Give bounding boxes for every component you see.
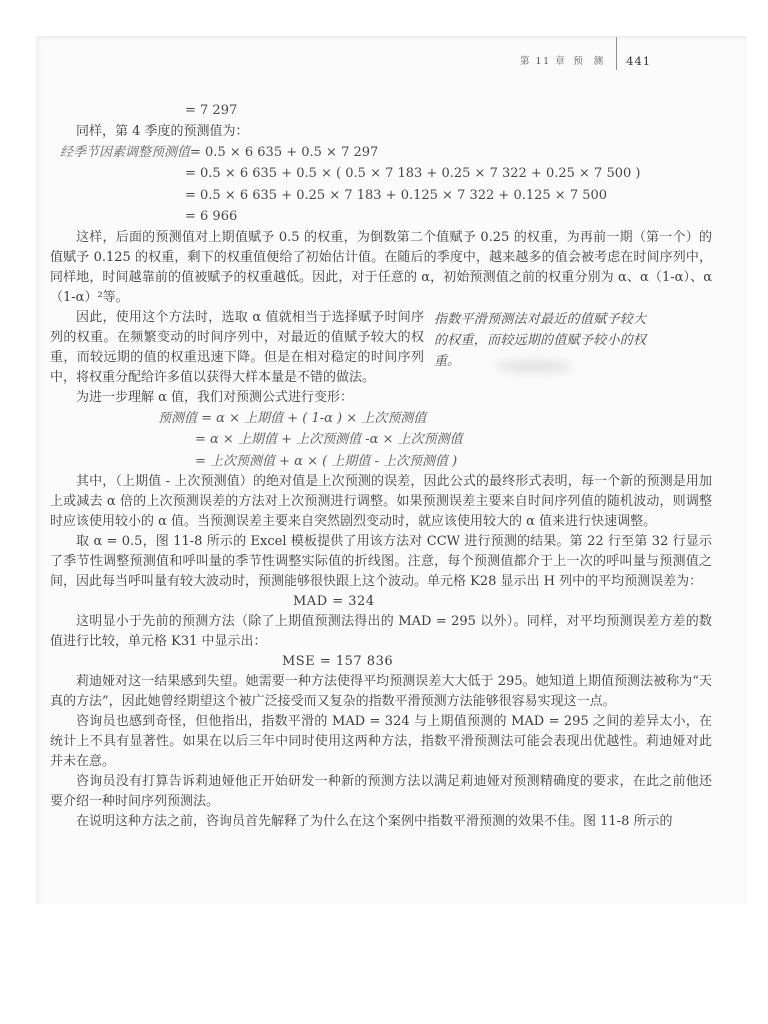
margin-note-exponential-smoothing: 指数平滑预测法对最近的值赋予较大的权重，而较远期的值赋予较小的权重。 (434, 309, 646, 372)
running-head-divider (616, 37, 617, 70)
text-with-margin-note-row: 因此，使用这个方法时，选取 α 值就相当于选择赋予时间序列的权重。在频繁变动的时… (50, 308, 712, 388)
paragraph-excel-template-result: 取 α = 0.5，图 11-8 所示的 Excel 模板提供了用该方法对 CC… (50, 532, 712, 592)
equation-line: 预测值 = α × 上期值 + ( 1-α ) × 上次预测值 (50, 408, 712, 430)
paragraph-consultant-remark: 咨询员也感到奇怪，但他指出，指数平滑的 MAD = 324 与上期值预测的 MA… (50, 712, 712, 772)
paragraph-closing-explanation: 在说明这种方法之前，咨询员首先解释了为什么在这个案例中指数平滑预测的效果不佳。图… (50, 812, 712, 832)
paragraph-mad-comparison: 这明显小于先前的预测方法（除了上期值预测法得出的 MAD = 295 以外）。同… (50, 612, 712, 652)
paragraph-weights-explanation: 这样，后面的预测值对上期值赋予 0.5 的权重，为倒数第二个值赋予 0.25 的… (50, 228, 712, 308)
paragraph-alpha-choice: 因此，使用这个方法时，选取 α 值就相当于选择赋予时间序列的权重。在频繁变动的时… (50, 308, 424, 388)
page-left-edge-shadow (36, 36, 42, 904)
paragraph-intro-q4: 同样，第 4 季度的预测值为： (50, 122, 712, 142)
chapter-title: 预测 (573, 53, 614, 70)
equation-line: = 0.5 × 6 635 + 0.25 × 7 183 + 0.125 × 7… (50, 185, 712, 207)
mad-result-value: MAD = 324 (50, 592, 712, 612)
body-text-column: = 7 297 同样，第 4 季度的预测值为： 经季节因素调整预测值 = 0.5… (50, 100, 712, 832)
paragraph-new-method-plan: 咨询员没有打算告诉莉迪娅他正开始研发一种新的预测方法以满足莉迪娅对预测精确度的要… (50, 772, 712, 812)
equation-rhs: = 0.5 × 6 635 + 0.5 × 7 297 (190, 142, 378, 164)
running-head: 第 11 章 预测 441 (520, 37, 651, 70)
chapter-label: 第 11 章 (520, 53, 566, 70)
equation-label-seasonally-adjusted: 经季节因素调整预测值 (50, 142, 190, 164)
equation-line: = α × 上期值 + 上次预测值 -α × 上次预测值 (50, 429, 712, 451)
mse-result-value: MSE = 157 836 (50, 652, 712, 672)
page-number: 441 (626, 54, 651, 70)
paragraph-lydia-disappointed: 莉迪娅对这一结果感到失望。她需要一种方法使得平均预测误差大大低于 295。她知道… (50, 672, 712, 712)
equation-block-seasonal-forecast: 经季节因素调整预测值 = 0.5 × 6 635 + 0.5 × 7 297 =… (50, 142, 712, 228)
equation-carryover-result: = 7 297 (50, 100, 712, 122)
equation-block-forecast-transform: 预测值 = α × 上期值 + ( 1-α ) × 上次预测值 = α × 上期… (50, 408, 712, 473)
equation-line: = 0.5 × 6 635 + 0.5 × ( 0.5 × 7 183 + 0.… (50, 163, 712, 185)
paragraph-transform-intro: 为进一步理解 α 值，我们对预测公式进行变形： (50, 388, 712, 408)
paragraph-error-adjustment: 其中，（上期值 - 上次预测值）的绝对值是上次预测的误差，因此公式的最终形式表明… (50, 472, 712, 532)
equation-line: = 6 966 (50, 206, 712, 228)
equation-line: 经季节因素调整预测值 = 0.5 × 6 635 + 0.5 × 7 297 (50, 142, 712, 164)
equation-line: = 上次预测值 + α × ( 上期值 - 上次预测值 ) (50, 451, 712, 473)
scanned-book-page: 第 11 章 预测 441 = 7 297 同样，第 4 季度的预测值为： 经季… (0, 0, 768, 1024)
